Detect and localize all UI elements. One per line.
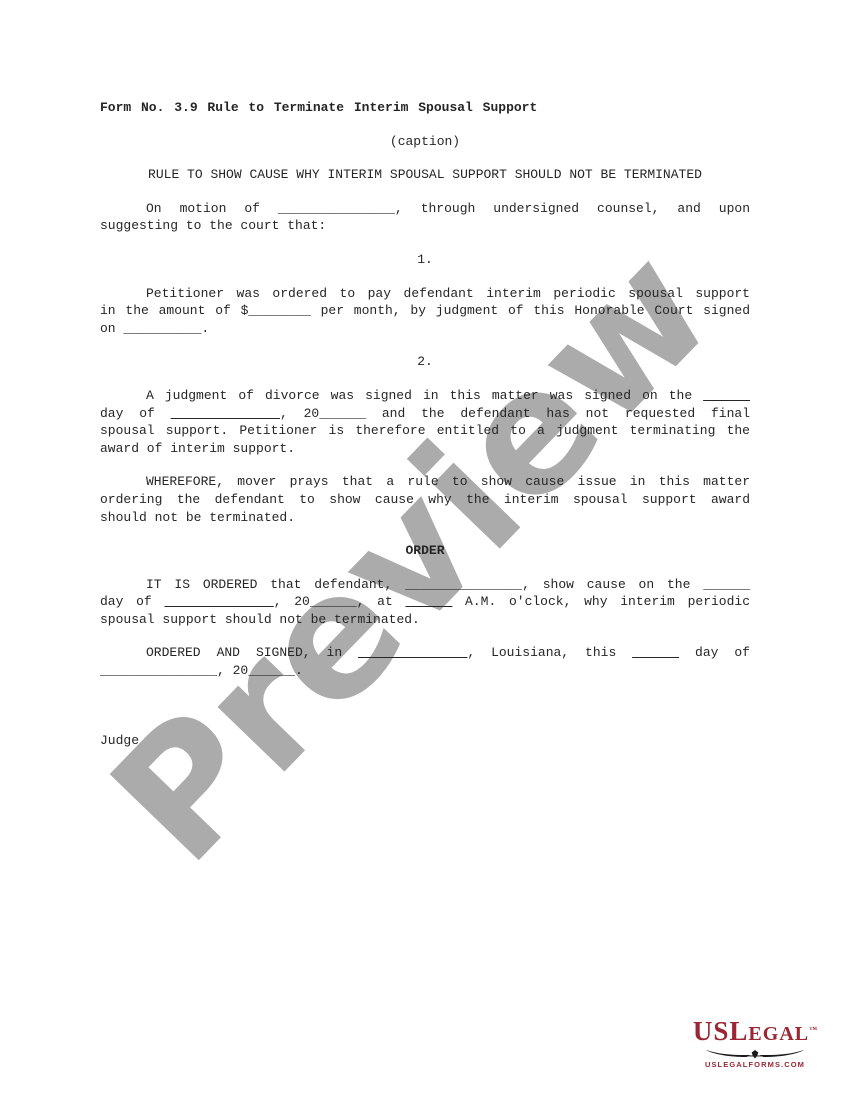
rule-heading: RULE TO SHOW CAUSE WHY INTERIM SPOUSAL S…: [100, 166, 750, 184]
doc-line: _______________, 20______.: [100, 662, 750, 680]
uslegal-logo: USLEGAL™ USLEGALFORMS.COM: [690, 1019, 820, 1069]
doc-line: WHEREFORE, mover prays that a rule to sh…: [100, 473, 750, 491]
document-page: Preview Form No. 3.9 Rule to Terminate I…: [0, 0, 850, 1100]
doc-line: On motion of _______________, through un…: [100, 200, 750, 218]
section-1-number: 1.: [100, 251, 750, 269]
logo-us: US: [693, 1016, 730, 1046]
opening-paragraph: On motion of _______________, through un…: [100, 200, 750, 235]
logo-l: L: [729, 1016, 748, 1046]
doc-line: should not be terminated.: [100, 509, 750, 527]
doc-line: A judgment of divorce was signed in this…: [100, 387, 750, 405]
doc-line: spousal support should not be terminated…: [100, 611, 750, 629]
doc-line: ORDERED AND SIGNED, in ______________, L…: [100, 644, 750, 662]
judge-signature-line: Judge: [100, 732, 750, 750]
doc-line: IT IS ORDERED that defendant, __________…: [100, 576, 750, 594]
order-heading: ORDER: [100, 542, 750, 560]
ordered-signed-paragraph: ORDERED AND SIGNED, in ______________, L…: [100, 644, 750, 679]
form-title: Form No. 3.9 Rule to Terminate Interim S…: [100, 99, 750, 117]
doc-line: Petitioner was ordered to pay defendant …: [100, 285, 750, 303]
wherefore-paragraph: WHEREFORE, mover prays that a rule to sh…: [100, 473, 750, 526]
trademark-symbol: ™: [809, 1025, 817, 1034]
caption-placeholder: (caption): [100, 133, 750, 151]
doc-line: Judge: [100, 732, 750, 750]
doc-line: in the amount of $________ per month, by…: [100, 302, 750, 320]
logo-egal: EGAL: [748, 1023, 809, 1045]
doc-line: award of interim support.: [100, 440, 750, 458]
document-body: Form No. 3.9 Rule to Terminate Interim S…: [100, 99, 750, 749]
order-paragraph: IT IS ORDERED that defendant, __________…: [100, 576, 750, 629]
doc-line: on __________.: [100, 320, 750, 338]
eagle-icon: [697, 1049, 813, 1059]
uslegal-wordmark: USLEGAL™: [690, 1019, 820, 1048]
section-2-number: 2.: [100, 353, 750, 371]
section-1-paragraph: Petitioner was ordered to pay defendant …: [100, 285, 750, 338]
doc-line: suggesting to the court that:: [100, 217, 750, 235]
doc-line: ordering the defendant to show cause why…: [100, 491, 750, 509]
doc-line: day of ______________, 20______ and the …: [100, 405, 750, 423]
section-2-paragraph: A judgment of divorce was signed in this…: [100, 387, 750, 457]
doc-line: spousal support. Petitioner is therefore…: [100, 422, 750, 440]
doc-line: day of ______________, 20______, at ____…: [100, 593, 750, 611]
uslegalforms-url: USLEGALFORMS.COM: [690, 1060, 820, 1069]
